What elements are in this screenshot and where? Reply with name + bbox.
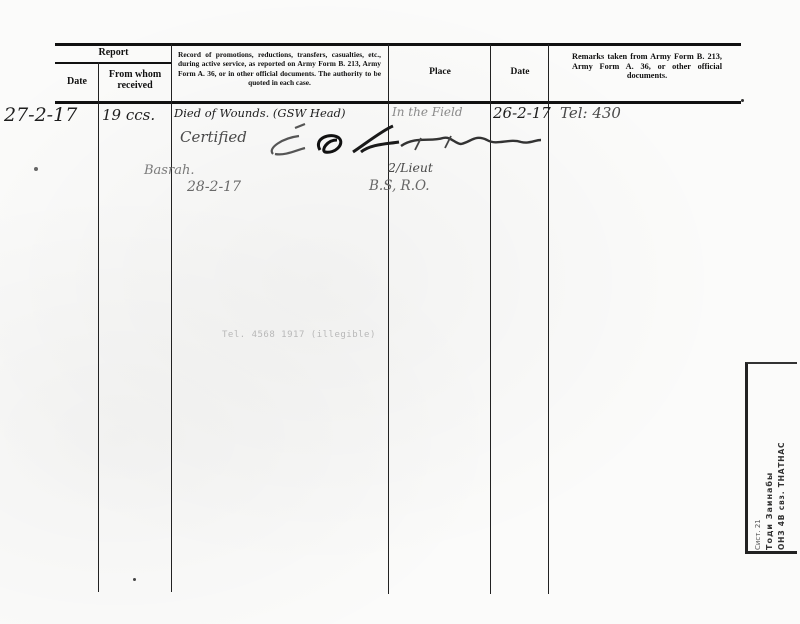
certification-unit: B.S, R.O. — [369, 178, 430, 194]
column-divider-date2 — [548, 44, 549, 594]
entry-date-2: 26-2-17 — [493, 104, 551, 122]
stamp-line-1: Сист. 21 — [754, 370, 762, 550]
header-date: Date — [56, 76, 98, 87]
header-date-2: Date — [492, 67, 548, 77]
header-top-rule — [55, 43, 741, 46]
certification-date: 28-2-17 — [187, 179, 241, 195]
header-remarks: Remarks taken from Army Form B. 213, Arm… — [572, 52, 722, 81]
report-subgroup-rule — [55, 62, 172, 64]
entry-place: In the Field — [392, 105, 463, 119]
header-from-whom-received: From whom received — [104, 69, 166, 91]
entry-record: Died of Wounds. (GSW Head) — [174, 106, 345, 120]
certification-location: Basrah. — [144, 163, 194, 178]
stamp-line-2: Тоди Заинабы — [765, 370, 774, 550]
stamp-line-3: ОНЗ 4В свз. ТНАТНАС — [777, 370, 786, 550]
column-divider-from-whom — [171, 44, 172, 592]
header-place: Place — [390, 67, 490, 77]
header-record-description: Record of promotions, reductions, transf… — [178, 50, 381, 88]
entry-remarks: Tel: 430 — [560, 104, 621, 122]
speck — [741, 99, 744, 102]
speck — [34, 167, 38, 171]
paper-background — [0, 0, 800, 624]
header-bottom-rule — [55, 101, 741, 104]
archive-stamp: Сист. 21 Тоди Заинабы ОНЗ 4В свз. ТНАТНА… — [745, 362, 797, 554]
entry-from-whom-received: 19 ccs. — [102, 106, 155, 124]
header-report-group: Report — [56, 47, 171, 58]
faint-stamp: Tel. 4568 1917 (illegible) — [222, 330, 376, 340]
certified-label: Certified — [180, 128, 247, 146]
speck — [133, 578, 136, 581]
certification-rank: 2/Lieut — [388, 160, 433, 175]
column-divider-date — [98, 62, 99, 592]
signature-scrawl — [265, 122, 545, 162]
entry-date: 27-2-17 — [4, 104, 77, 126]
